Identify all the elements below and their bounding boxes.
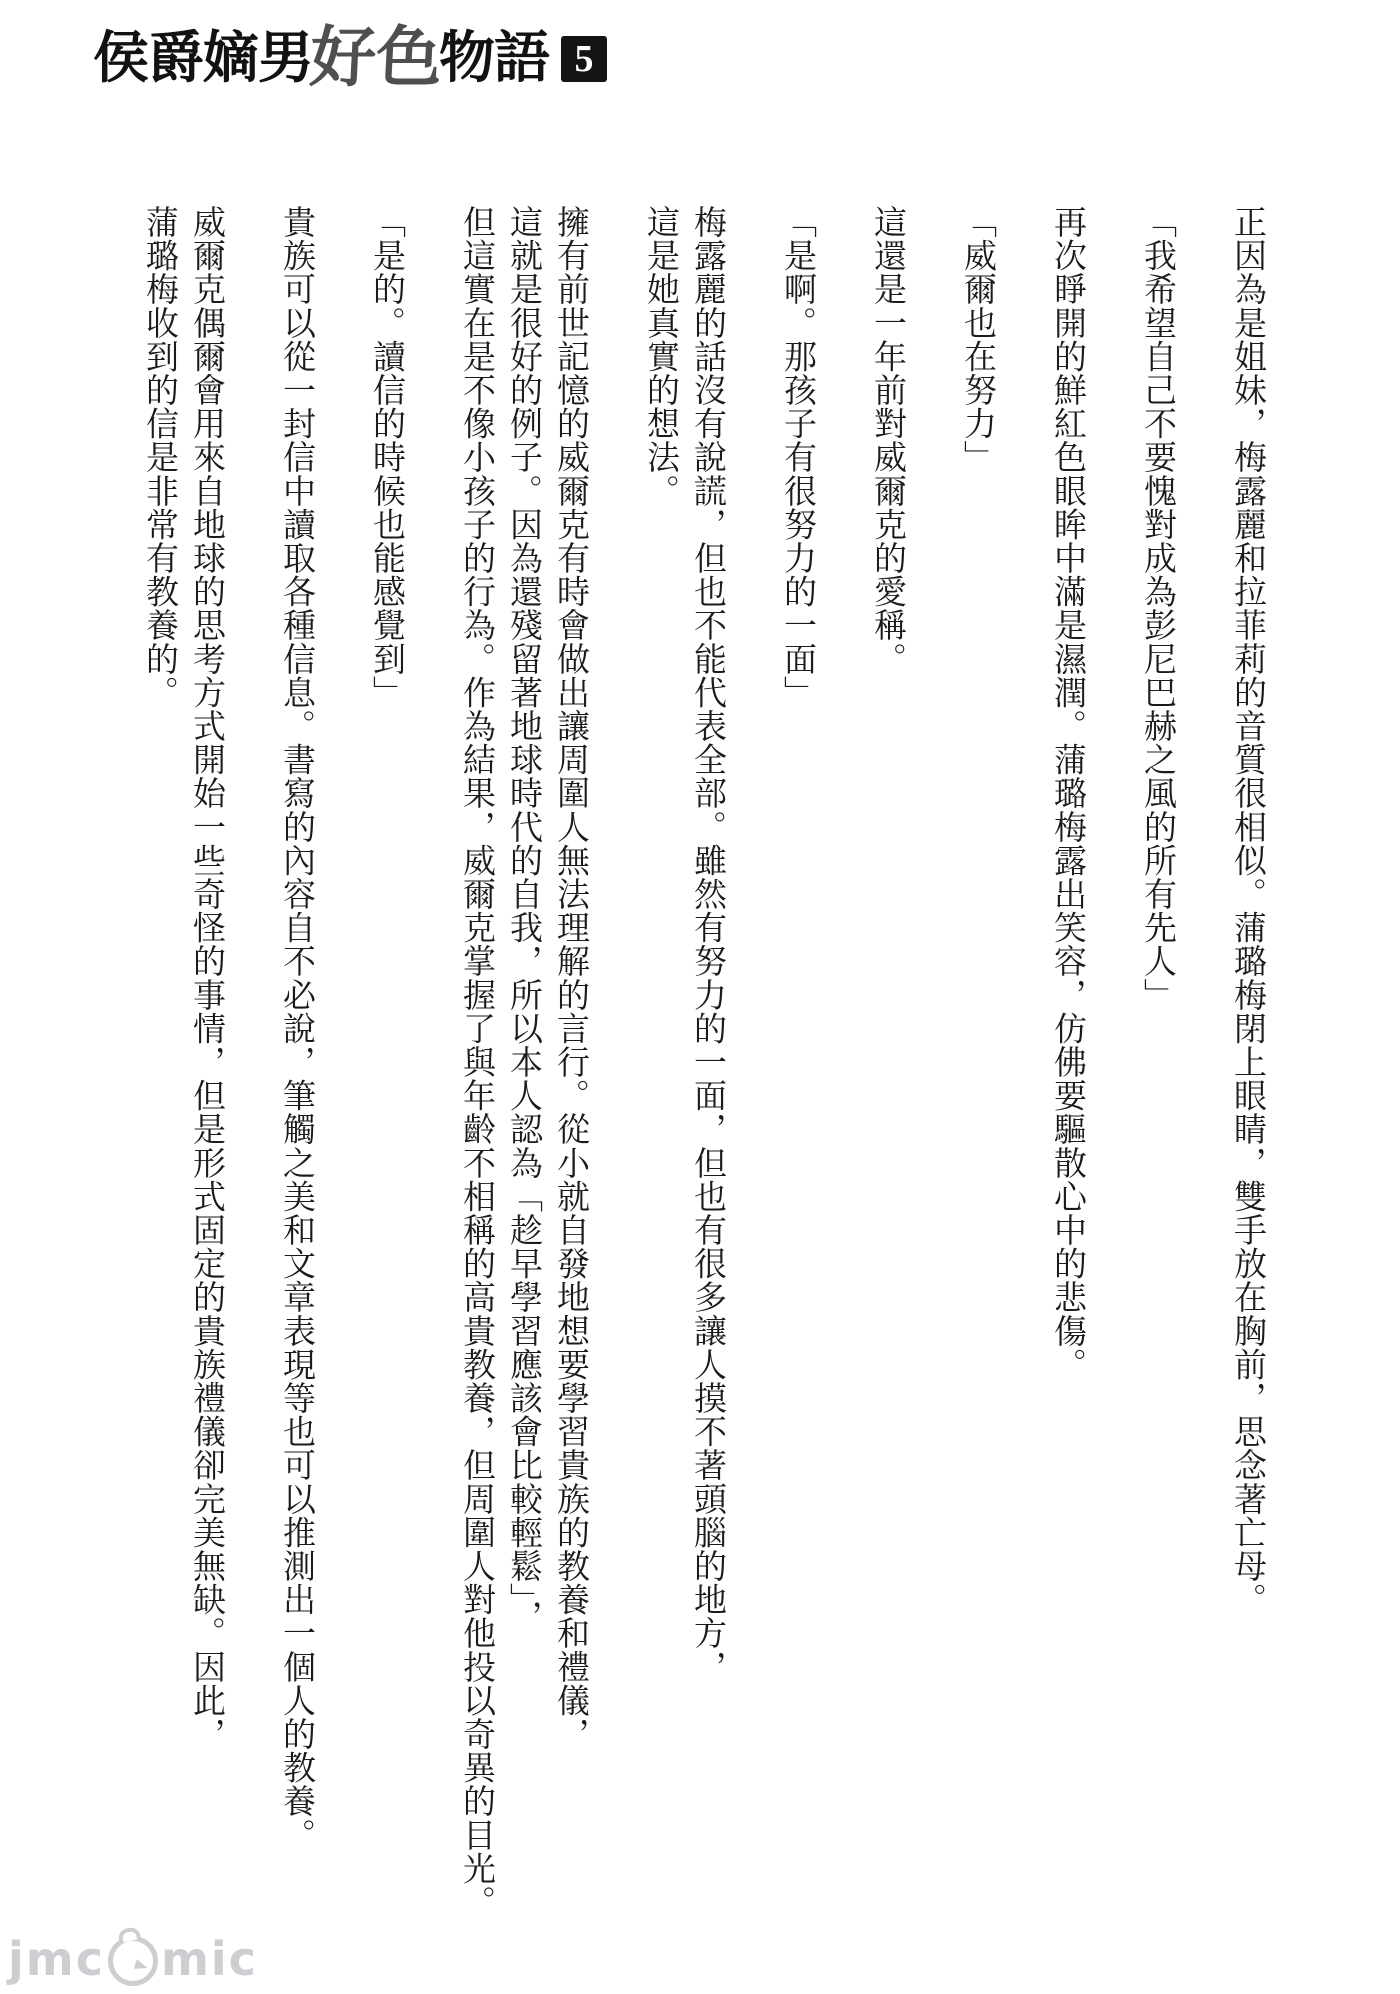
paragraph: 「威爾也在努力」 [953, 205, 1000, 1935]
book-title: 侯爵嫡男 好色 物語 5 [93, 26, 607, 92]
paragraph: 「我希望自己不要愧對成為彭尼巴赫之風的所有先人」 [1133, 205, 1180, 1935]
watermark-text-left: jmc [8, 1936, 105, 1982]
watermark-text-right: mic [161, 1936, 258, 1982]
novel-page: 侯爵嫡男 好色 物語 5 正因為是姐妹，梅露麗和拉菲莉的音質很相似。蒲璐梅閉上眼… [0, 0, 1400, 1994]
vertical-body-text: 正因為是姐妹，梅露麗和拉菲莉的音質很相似。蒲璐梅閉上眼睛，雙手放在胸前，思念著亡… [135, 205, 1270, 1935]
paragraph: 正因為是姐妹，梅露麗和拉菲莉的音質很相似。蒲璐梅閉上眼睛，雙手放在胸前，思念著亡… [1223, 205, 1270, 1935]
paragraph: 擁有前世記憶的威爾克有時會做出讓周圍人無法理解的言行。從小就自發地想要學習貴族的… [452, 205, 593, 1935]
paragraph: 這還是一年前對威爾克的愛稱。 [863, 205, 910, 1935]
watermark: jmc mic [8, 1934, 258, 1984]
paragraph: 貴族可以從一封信中讀取各種信息。書寫的內容自不必說，筆觸之美和文章表現等也可以推… [272, 205, 319, 1935]
book-title-prefix: 侯爵嫡男 [93, 31, 313, 87]
bird-mascot-icon [108, 1936, 158, 1986]
paragraph: 威爾克偶爾會用來自地球的思考方式開始一些奇怪的事情，但是形式固定的貴族禮儀卻完美… [135, 205, 229, 1935]
volume-badge: 5 [561, 36, 607, 82]
book-title-accent: 好色 [308, 26, 443, 92]
paragraph: 「是啊。那孩子有很努力的一面」 [773, 205, 820, 1935]
paragraph: 再次睜開的鮮紅色眼眸中滿是濕潤。蒲璐梅露出笑容，仿佛要驅散心中的悲傷。 [1043, 205, 1090, 1935]
paragraph: 「是的。讀信的時候也能感覺到」 [362, 205, 409, 1935]
book-title-suffix: 物語 [439, 31, 549, 87]
volume-number: 5 [575, 40, 594, 78]
paragraph: 梅露麗的話沒有說謊，但也不能代表全部。雖然有努力的一面，但也有很多讓人摸不著頭腦… [636, 205, 730, 1935]
